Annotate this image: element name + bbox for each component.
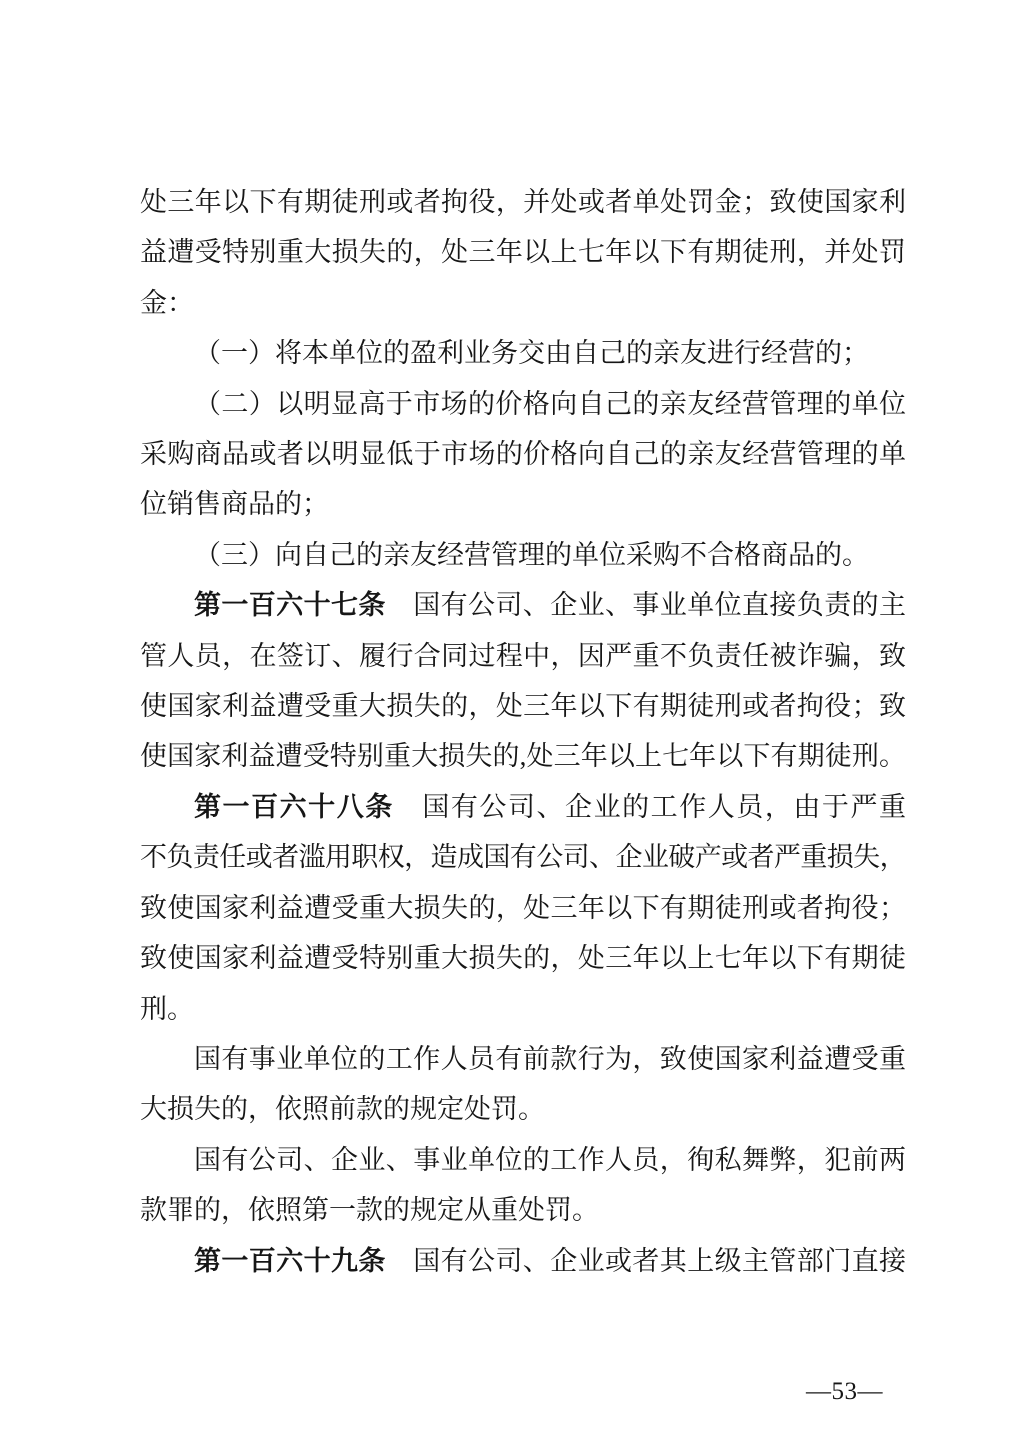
text-segment: 致使国家利益遭受特别重大损失的，处三年以上七年以下有期徒 (140, 943, 906, 973)
text-line: （一）将本单位的盈利业务交由自己的亲友进行经营的； (140, 328, 906, 378)
text-line: 处三年以下有期徒刑或者拘役，并处或者单处罚金；致使国家利 (140, 177, 906, 227)
document-page: 处三年以下有期徒刑或者拘役，并处或者单处罚金；致使国家利益遭受特别重大损失的，处… (0, 0, 1024, 1448)
text-segment: 国有公司、企业或者其上级主管部门直接 (386, 1246, 906, 1276)
text-segment: 国有公司、企业、事业单位的工作人员，徇私舞弊，犯前两 (194, 1145, 906, 1175)
text-segment: 益遭受特别重大损失的，处三年以上七年以下有期徒刑，并处罚 (140, 237, 906, 267)
text-line: 采购商品或者以明显低于市场的价格向自己的亲友经营管理的单 (140, 429, 906, 479)
paragraph: （一）将本单位的盈利业务交由自己的亲友进行经营的； (140, 328, 906, 378)
text-line: 位销售商品的； (140, 479, 906, 529)
text-segment: 处三年以下有期徒刑或者拘役，并处或者单处罚金；致使国家利 (140, 187, 906, 217)
text-line: 益遭受特别重大损失的，处三年以上七年以下有期徒刑，并处罚 (140, 227, 906, 277)
text-segment: 采购商品或者以明显低于市场的价格向自己的亲友经营管理的单 (140, 439, 906, 469)
article-number: 第一百六十八条 (194, 792, 394, 822)
text-segment: 不负责任或者滥用职权，造成国有公司、企业破产或者严重损失， (140, 842, 906, 872)
text-segment: 国有事业单位的工作人员有前款行为，致使国家利益遭受重 (194, 1044, 906, 1074)
text-segment: （二）以明显高于市场的价格向自己的亲友经营管理的单位 (194, 389, 906, 419)
paragraph: 处三年以下有期徒刑或者拘役，并处或者单处罚金；致使国家利益遭受特别重大损失的，处… (140, 177, 906, 328)
text-line: （二）以明显高于市场的价格向自己的亲友经营管理的单位 (140, 379, 906, 429)
text-line: 大损失的，依照前款的规定处罚。 (140, 1084, 906, 1134)
text-line: （三）向自己的亲友经营管理的单位采购不合格商品的。 (140, 530, 906, 580)
text-segment: 金： (140, 288, 194, 318)
paragraph: 第一百六十七条 国有公司、企业、事业单位直接负责的主管人员，在签订、履行合同过程… (140, 580, 906, 782)
article-number: 第一百六十七条 (194, 590, 386, 620)
text-line: 国有公司、企业、事业单位的工作人员，徇私舞弊，犯前两 (140, 1135, 906, 1185)
text-line: 国有事业单位的工作人员有前款行为，致使国家利益遭受重 (140, 1034, 906, 1084)
text-segment: 国有公司、企业的工作人员，由于严重 (394, 792, 906, 822)
text-segment: 管人员，在签订、履行合同过程中，因严重不负责任被诈骗，致 (140, 641, 906, 671)
text-segment: 使国家利益遭受重大损失的，处三年以下有期徒刑或者拘役；致 (140, 691, 906, 721)
article-heading-line: 第一百六十七条 国有公司、企业、事业单位直接负责的主 (140, 580, 906, 630)
article-number: 第一百六十九条 (194, 1246, 386, 1276)
text-segment: 位销售商品的； (140, 489, 329, 519)
text-line: 管人员，在签订、履行合同过程中，因严重不负责任被诈骗，致 (140, 631, 906, 681)
text-line: 刑。 (140, 984, 906, 1034)
paragraph: 第一百六十八条 国有公司、企业的工作人员，由于严重不负责任或者滥用职权，造成国有… (140, 782, 906, 1034)
text-line: 致使国家利益遭受重大损失的，处三年以下有期徒刑或者拘役； (140, 883, 906, 933)
text-segment: （一）将本单位的盈利业务交由自己的亲友进行经营的； (194, 338, 869, 368)
page-number: —53— (806, 1378, 883, 1406)
text-block: 处三年以下有期徒刑或者拘役，并处或者单处罚金；致使国家利益遭受特别重大损失的，处… (140, 177, 906, 1286)
text-segment: 刑。 (140, 994, 194, 1024)
article-heading-line: 第一百六十九条 国有公司、企业或者其上级主管部门直接 (140, 1236, 906, 1286)
paragraph: 国有事业单位的工作人员有前款行为，致使国家利益遭受重大损失的，依照前款的规定处罚… (140, 1034, 906, 1135)
text-segment: （三）向自己的亲友经营管理的单位采购不合格商品的。 (194, 540, 869, 570)
text-line: 使国家利益遭受特别重大损失的,处三年以上七年以下有期徒刑。 (140, 731, 906, 781)
paragraph: 第一百六十九条 国有公司、企业或者其上级主管部门直接 (140, 1236, 906, 1286)
article-heading-line: 第一百六十八条 国有公司、企业的工作人员，由于严重 (140, 782, 906, 832)
text-segment: 国有公司、企业、事业单位直接负责的主 (386, 590, 906, 620)
text-line: 不负责任或者滥用职权，造成国有公司、企业破产或者严重损失， (140, 832, 906, 882)
text-segment: 致使国家利益遭受重大损失的，处三年以下有期徒刑或者拘役； (140, 893, 906, 923)
text-segment: 款罪的，依照第一款的规定从重处罚。 (140, 1195, 599, 1225)
text-line: 金： (140, 278, 906, 328)
paragraph: （三）向自己的亲友经营管理的单位采购不合格商品的。 (140, 530, 906, 580)
text-segment: 使国家利益遭受特别重大损失的,处三年以上七年以下有期徒刑。 (140, 741, 906, 771)
paragraph: （二）以明显高于市场的价格向自己的亲友经营管理的单位采购商品或者以明显低于市场的… (140, 379, 906, 530)
text-segment: 大损失的，依照前款的规定处罚。 (140, 1094, 545, 1124)
text-line: 使国家利益遭受重大损失的，处三年以下有期徒刑或者拘役；致 (140, 681, 906, 731)
paragraph: 国有公司、企业、事业单位的工作人员，徇私舞弊，犯前两款罪的，依照第一款的规定从重… (140, 1135, 906, 1236)
text-line: 致使国家利益遭受特别重大损失的，处三年以上七年以下有期徒 (140, 933, 906, 983)
text-line: 款罪的，依照第一款的规定从重处罚。 (140, 1185, 906, 1235)
